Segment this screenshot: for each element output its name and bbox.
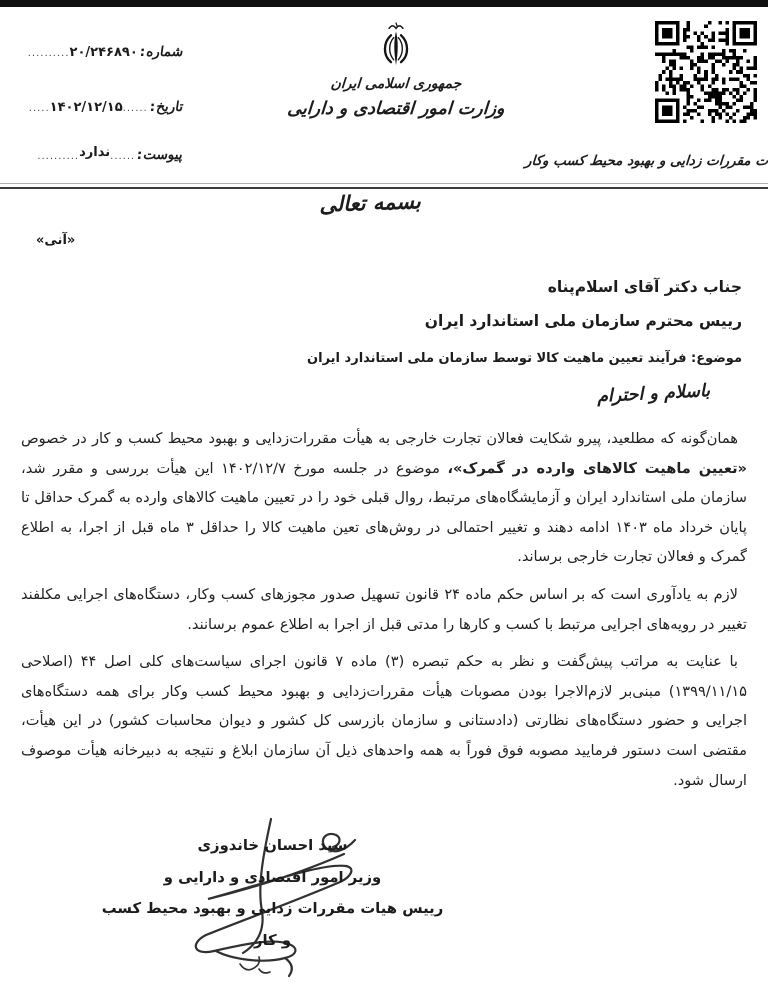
paragraph-2: لازم به یادآوری است که بر اساس حکم ماده … [21, 580, 747, 639]
dotted-leader: ...... [110, 151, 135, 162]
paragraph-3: با عنایت به مراتب پیش‌گفت و نظر به حکم ت… [21, 647, 747, 795]
dotted-leader: ..... [29, 103, 50, 114]
scan-top-border [0, 0, 768, 7]
iran-national-emblem-icon [373, 18, 419, 74]
signatory-title-2: رییس هیات مقررات زدایی و بهبود محیط کسب … [95, 893, 450, 956]
signatory-name: سید احسان خاندوزی [95, 830, 450, 862]
paragraph-1-text: همان‌گونه که مطلعید، پیرو شکایت فعالان ت… [21, 430, 738, 447]
recipient-name: جناب دکتر آقای اسلام‌پناه [425, 270, 742, 304]
letter-number-value: ۲۰/۲۴۶۸۹۰ [70, 45, 138, 60]
signatory-title-1: وزیر امور اقتصادی و دارایی و [95, 862, 450, 894]
letterhead-center: جمهوری اسلامی ایران وزارت امور اقتصادی و… [276, 18, 516, 119]
priority-tag: «آنی» [36, 233, 75, 248]
qr-code [655, 21, 757, 123]
qr-block: هیأت مقررات زدایی و بهبود محیط کسب وکار [655, 21, 757, 127]
letter-number-label: شماره: [137, 44, 183, 60]
country-name: جمهوری اسلامی ایران [275, 76, 516, 92]
letter-date-label: تاریخ: [147, 99, 183, 115]
letter-date-value: ۱۴۰۲/۱۲/۱۵ [50, 100, 123, 115]
letter-attachment-field: پیوست: ...... ندارد .......... [4, 147, 182, 163]
letter-attachment-value: ندارد [79, 145, 110, 160]
signature-block: سید احسان خاندوزی وزیر امور اقتصادی و دا… [95, 830, 450, 956]
addressee-block: جناب دکتر آقای اسلام‌پناه رییس محترم ساز… [425, 270, 742, 338]
subject-line: موضوع: فرآیند تعیین ماهیت کالا توسط سازم… [307, 351, 742, 366]
paragraph-1-bold-phrase: «تعیین ماهیت کالاهای وارده در گمرک»، [447, 460, 747, 477]
letter-date-field: تاریخ: ...... ۱۴۰۲/۱۲/۱۵ ..... [4, 99, 182, 115]
dotted-leader: .......... [37, 151, 79, 162]
recipient-title: رییس محترم سازمان ملی استاندارد ایران [425, 304, 742, 338]
qr-caption: هیأت مقررات زدایی و بهبود محیط کسب وکار [524, 153, 768, 169]
dotted-leader: .......... [28, 48, 70, 59]
dotted-leader: ...... [123, 103, 148, 114]
scanned-official-letter: شماره: ۲۰/۲۴۶۸۹۰ .......... تاریخ: .....… [0, 0, 768, 994]
letter-number-field: شماره: ۲۰/۲۴۶۸۹۰ .......... [4, 44, 182, 60]
letter-body: همان‌گونه که مطلعید، پیرو شکایت فعالان ت… [21, 424, 747, 803]
letter-attachment-label: پیوست: [134, 147, 182, 163]
ministry-name: وزارت امور اقتصادی و دارایی [275, 99, 516, 119]
paragraph-1: همان‌گونه که مطلعید، پیرو شکایت فعالان ت… [21, 424, 747, 572]
salutation: باسلام و احترام [596, 381, 710, 407]
